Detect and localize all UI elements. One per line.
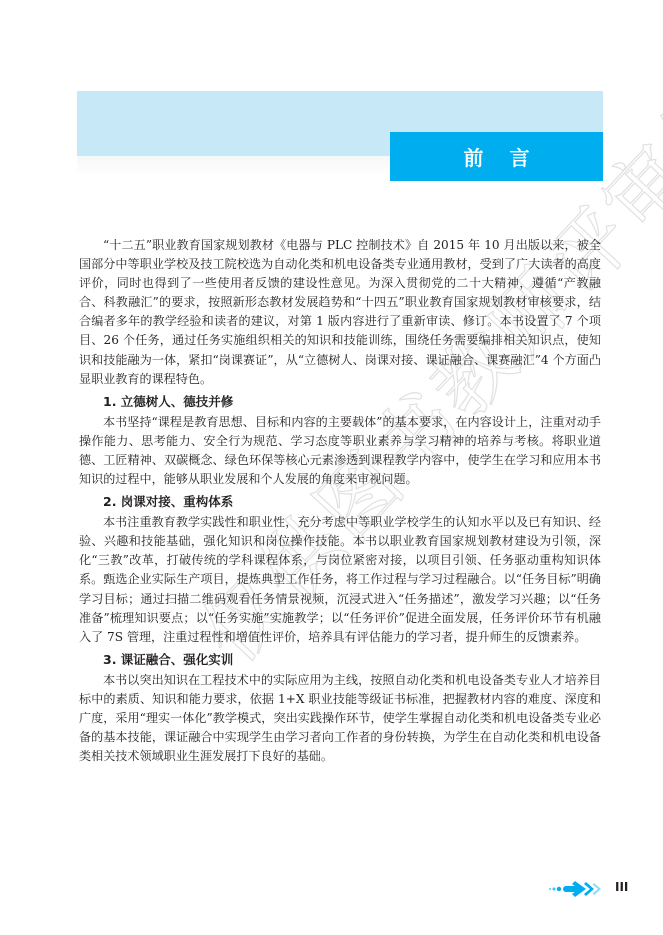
section-heading-3: 3. 课证融合、强化实训 (79, 650, 601, 669)
section-paragraph-3: 本书以突出知识在工程技术中的实际应用为主线，按照自动化类和机电设备类专业人才培养… (79, 671, 601, 766)
page-title: 前言 (464, 142, 556, 171)
preface-body: “十二五”职业教育国家规划教材《电器与 PLC 控制技术》自 2015 年 10… (79, 236, 601, 766)
section-paragraph-2: 本书注重教育教学实践性和职业性，充分考虑中等职业学校学生的认知水平以及已有知识、… (79, 513, 601, 647)
section-heading-1: 1. 立德树人、德技并修 (79, 392, 601, 411)
intro-paragraph: “十二五”职业教育国家规划教材《电器与 PLC 控制技术》自 2015 年 10… (79, 236, 601, 389)
arrow-right-icon (548, 879, 606, 899)
section-paragraph-1: 本书坚持“课程是教育思想、目标和内容的主要载体”的基本要求，在内容设计上，注重对… (79, 413, 601, 489)
page-number: III (615, 880, 628, 894)
section-heading-2: 2. 岗课对接、重构体系 (79, 492, 601, 511)
title-box: 前言 (390, 132, 603, 181)
header-band-shadow (77, 156, 390, 176)
